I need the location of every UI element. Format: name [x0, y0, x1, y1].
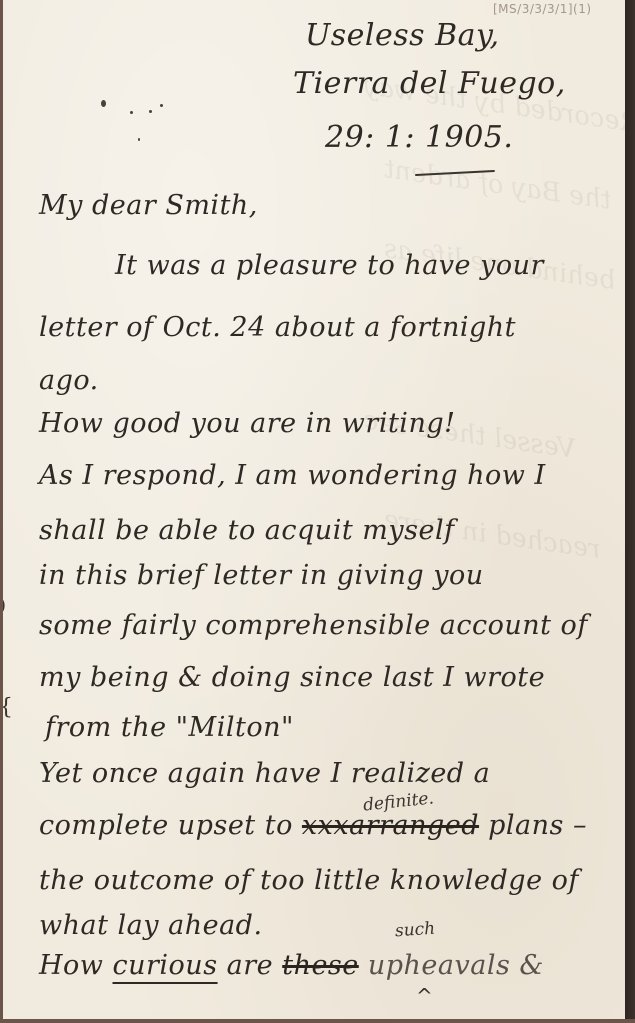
insertion-such: such: [394, 919, 435, 942]
letter-line-14: what lay ahead.: [39, 910, 263, 941]
bottom-page-edge: [0, 1019, 635, 1023]
heading-place-line2: Tierra del Fuego,: [293, 66, 566, 101]
heading-date: 29: 1: 1905.: [325, 120, 513, 155]
letter-line-2: letter of Oct. 24 about a fortnight: [39, 312, 516, 343]
line15-prefix: How: [39, 950, 113, 981]
struck-word-these: these: [282, 950, 359, 981]
archive-reference: [MS/3/3/3/1](1): [493, 2, 592, 16]
letter-line-7: in this brief letter in giving you: [39, 560, 484, 591]
right-page-edge: [625, 0, 635, 1023]
letter-line-5: As I respond, I am wondering how I: [39, 460, 546, 491]
ink-speck: [160, 104, 163, 107]
salutation: My dear Smith,: [39, 190, 258, 221]
insertion-caret: ^: [416, 984, 433, 1008]
letter-line-9: my being & doing since last I wrote: [39, 662, 545, 693]
ink-speck: [101, 100, 106, 107]
margin-mark: ): [3, 595, 6, 616]
letter-line-1: It was a pleasure to have your: [115, 250, 544, 281]
letter-paper: Recorded by the way the Bay of ardent be…: [3, 0, 625, 1019]
letter-line-6: shall be able to acquit myself: [39, 515, 455, 546]
letter-line-12: complete upset to xxxarranged plans –: [39, 810, 587, 841]
line12-after: plans –: [479, 810, 587, 841]
line15-middle: are: [218, 950, 283, 981]
letter-line-3: ago.: [39, 365, 99, 396]
left-page-edge: [0, 0, 3, 1023]
heading-place-line1: Useless Bay,: [305, 18, 500, 53]
line12-before: complete upset to: [39, 810, 302, 841]
line15-after: upheavals &: [359, 950, 544, 981]
ink-speck: [130, 111, 133, 114]
bleed-through-text: the Bay of ardent: [382, 154, 613, 216]
letter-line-15: How curious are these upheavals &: [39, 950, 544, 981]
margin-mark: {: [3, 695, 13, 720]
ink-speck: [149, 110, 152, 113]
underlined-word-curious: curious: [113, 950, 218, 981]
struck-word-arranged: xxxarranged: [302, 810, 479, 841]
letter-line-4: How good you are in writing!: [39, 408, 455, 439]
date-underline: [415, 170, 495, 176]
document-page: Recorded by the way the Bay of ardent be…: [0, 0, 635, 1023]
letter-line-10: from the "Milton": [45, 712, 294, 743]
letter-line-13: the outcome of too little knowledge of: [39, 865, 579, 896]
ink-speck: [138, 138, 140, 141]
letter-line-11: Yet once again have I realized a: [39, 758, 490, 789]
letter-line-8: some fairly comprehensible account of: [39, 610, 588, 641]
